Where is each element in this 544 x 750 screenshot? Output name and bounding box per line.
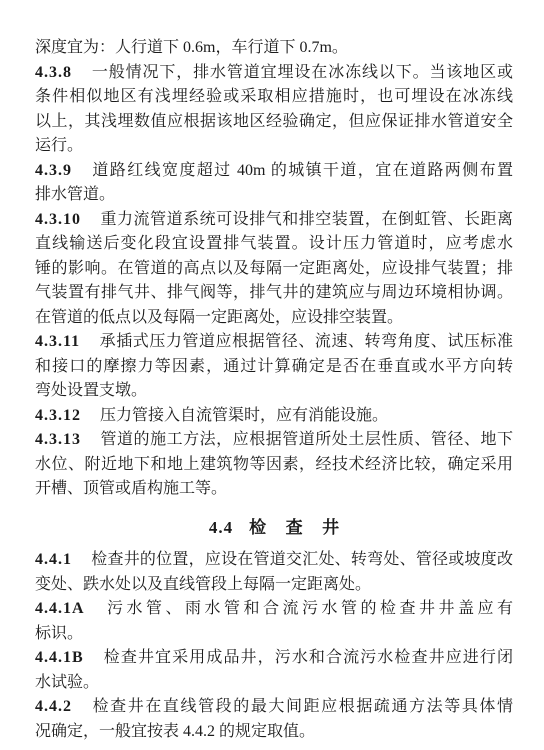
text-line-content: 检查井的位置，应设在管道交汇处、转弯处、管径或坡度改 [91,551,513,568]
text-line-content: 标识。 [35,625,83,642]
clause-paragraph: 4.3.11承插式压力管道应根据管径、流速、转弯角度、试压标准和接口的摩擦力等因… [35,330,513,404]
text-line: 直线输送后变化段宜设置排气装置。设计压力管道时，应考虑水 [35,232,513,257]
clause-paragraph: 4.4.1A污水管、雨水管和合流污水管的检查井井盖应有标识。 [35,597,513,646]
text-line: 标识。 [35,622,513,647]
clause-number: 4.4.1 [35,551,72,568]
text-line-content: 运行。 [35,137,83,154]
text-line: 水试验。 [35,671,513,696]
text-line: 条件相似地区有浅埋经验或采取相应措施时，也可埋设在冰冻线 [35,85,513,110]
text-line: 4.3.8一般情况下，排水管道宜埋设在冰冻线以下。当该地区或 [35,61,513,86]
text-line-content: 弯处设置支墩。 [35,382,147,399]
text-line: 况确定，一般宜按表 4.4.2 的规定取值。 [35,720,513,745]
text-line-content: 和接口的摩擦力等因素，通过计算确定是否在垂直或水平方向转 [35,358,513,375]
section-heading-number: 4.4 [209,518,233,537]
text-line-content: 况确定，一般宜按表 4.4.2 的规定取值。 [35,723,315,740]
section-heading-title: 检查井 [249,518,359,537]
document-text-block: 深度宜为：人行道下 0.6m，车行道下 0.7m。4.3.8一般情况下，排水管道… [0,0,544,744]
text-line-content: 管道的施工方法，应根据管道所处土层性质、管径、地下 [100,431,513,448]
clause-number: 4.4.1B [35,649,84,666]
text-line-content: 气装置有排气井、排气阀等，排气井的建筑应与周边环境相协调。 [35,284,513,301]
clause-number: 4.3.8 [35,64,72,81]
clause-paragraph: 深度宜为：人行道下 0.6m，车行道下 0.7m。 [35,36,513,61]
text-line: 4.4.2检查井在直线管段的最大间距应根据疏通方法等具体情 [35,695,513,720]
text-line-content: 重力流管道系统可设排气和排空装置，在倒虹管、长距离 [100,211,513,228]
text-line-content: 检查井宜采用成品井，污水和合流污水检查井应进行闭 [103,649,513,666]
text-line-content: 检查井在直线管段的最大间距应根据疏通方法等具体情 [91,698,513,715]
clause-paragraph: 4.4.1B检查井宜采用成品井，污水和合流污水检查井应进行闭水试验。 [35,646,513,695]
text-line: 4.3.12压力管接入自流管渠时，应有消能设施。 [35,404,513,429]
clause-paragraph: 4.4.2检查井在直线管段的最大间距应根据疏通方法等具体情况确定，一般宜按表 4… [35,695,513,744]
document-page: 深度宜为：人行道下 0.6m，车行道下 0.7m。4.3.8一般情况下，排水管道… [0,0,544,750]
text-line-content: 水位、附近地下和地上建筑物等因素，经技术经济比较，确定采用 [35,456,513,473]
text-line-content: 变处、跌水处以及直线管段上每隔一定距离处。 [35,576,371,593]
text-line: 4.4.1检查井的位置，应设在管道交汇处、转弯处、管径或坡度改 [35,548,513,573]
text-line-content: 开槽、顶管或盾构施工等。 [35,480,227,497]
clause-paragraph: 4.3.10重力流管道系统可设排气和排空装置，在倒虹管、长距离直线输送后变化段宜… [35,208,513,331]
text-line-content: 排水管道。 [35,186,115,203]
clause-paragraph: 4.3.8一般情况下，排水管道宜埋设在冰冻线以下。当该地区或条件相似地区有浅埋经… [35,61,513,159]
text-line-content: 以上，其浅埋数值应根据该地区经验确定，但应保证排水管道安全 [35,113,513,130]
text-line: 深度宜为：人行道下 0.6m，车行道下 0.7m。 [35,36,513,61]
text-line-content: 直线输送后变化段宜设置排气装置。设计压力管道时，应考虑水 [35,235,513,252]
text-line: 4.3.10重力流管道系统可设排气和排空装置，在倒虹管、长距离 [35,208,513,233]
text-line-content: 污水管、雨水管和合流污水管的检查井井盖应有 [104,600,513,617]
text-line-content: 在管道的低点以及每隔一定距离处，应设排空装置。 [35,309,403,326]
clause-number: 4.3.10 [35,211,81,228]
clause-number: 4.4.1A [35,600,85,617]
clause-number: 4.4.2 [35,698,72,715]
text-line: 气装置有排气井、排气阀等，排气井的建筑应与周边环境相协调。 [35,281,513,306]
text-line-content: 一般情况下，排水管道宜埋设在冰冻线以下。当该地区或 [91,64,513,81]
text-line: 锤的影响。在管道的高点以及每隔一定距离处，应设排气装置；排 [35,257,513,282]
text-line-content: 条件相似地区有浅埋经验或采取相应措施时，也可埋设在冰冻线 [35,88,513,105]
text-line-content: 承插式压力管道应根据管径、流速、转弯角度、试压标准 [99,333,513,350]
text-line: 水位、附近地下和地上建筑物等因素，经技术经济比较，确定采用 [35,453,513,478]
text-line: 弯处设置支墩。 [35,379,513,404]
text-line-content: 水试验。 [35,674,99,691]
text-line-content: 深度宜为：人行道下 0.6m，车行道下 0.7m。 [35,39,348,56]
clause-paragraph: 4.3.13管道的施工方法，应根据管道所处土层性质、管径、地下水位、附近地下和地… [35,428,513,502]
clause-number: 4.3.12 [35,407,81,424]
text-line: 在管道的低点以及每隔一定距离处，应设排空装置。 [35,306,513,331]
clause-paragraph: 4.3.12压力管接入自流管渠时，应有消能设施。 [35,404,513,429]
text-line-content: 压力管接入自流管渠时，应有消能设施。 [100,407,388,424]
text-line: 以上，其浅埋数值应根据该地区经验确定，但应保证排水管道安全 [35,110,513,135]
text-line-content: 道路红线宽度超过 40m 的城镇干道，宜在道路两侧布置 [91,162,513,179]
text-line: 4.4.1B检查井宜采用成品井，污水和合流污水检查井应进行闭 [35,646,513,671]
text-line: 变处、跌水处以及直线管段上每隔一定距离处。 [35,573,513,598]
text-line: 开槽、顶管或盾构施工等。 [35,477,513,502]
clause-number: 4.3.13 [35,431,81,448]
text-line: 4.3.9道路红线宽度超过 40m 的城镇干道，宜在道路两侧布置 [35,159,513,184]
text-line: 运行。 [35,134,513,159]
text-line: 排水管道。 [35,183,513,208]
clause-paragraph: 4.4.1检查井的位置，应设在管道交汇处、转弯处、管径或坡度改变处、跌水处以及直… [35,548,513,597]
text-line: 和接口的摩擦力等因素，通过计算确定是否在垂直或水平方向转 [35,355,513,380]
section-heading: 4.4检查井 [35,516,513,541]
text-line-content: 锤的影响。在管道的高点以及每隔一定距离处，应设排气装置；排 [35,260,513,277]
clause-number: 4.3.11 [35,333,80,350]
text-line: 4.4.1A污水管、雨水管和合流污水管的检查井井盖应有 [35,597,513,622]
text-line: 4.3.11承插式压力管道应根据管径、流速、转弯角度、试压标准 [35,330,513,355]
text-line: 4.3.13管道的施工方法，应根据管道所处土层性质、管径、地下 [35,428,513,453]
clause-paragraph: 4.3.9道路红线宽度超过 40m 的城镇干道，宜在道路两侧布置排水管道。 [35,159,513,208]
clause-number: 4.3.9 [35,162,72,179]
